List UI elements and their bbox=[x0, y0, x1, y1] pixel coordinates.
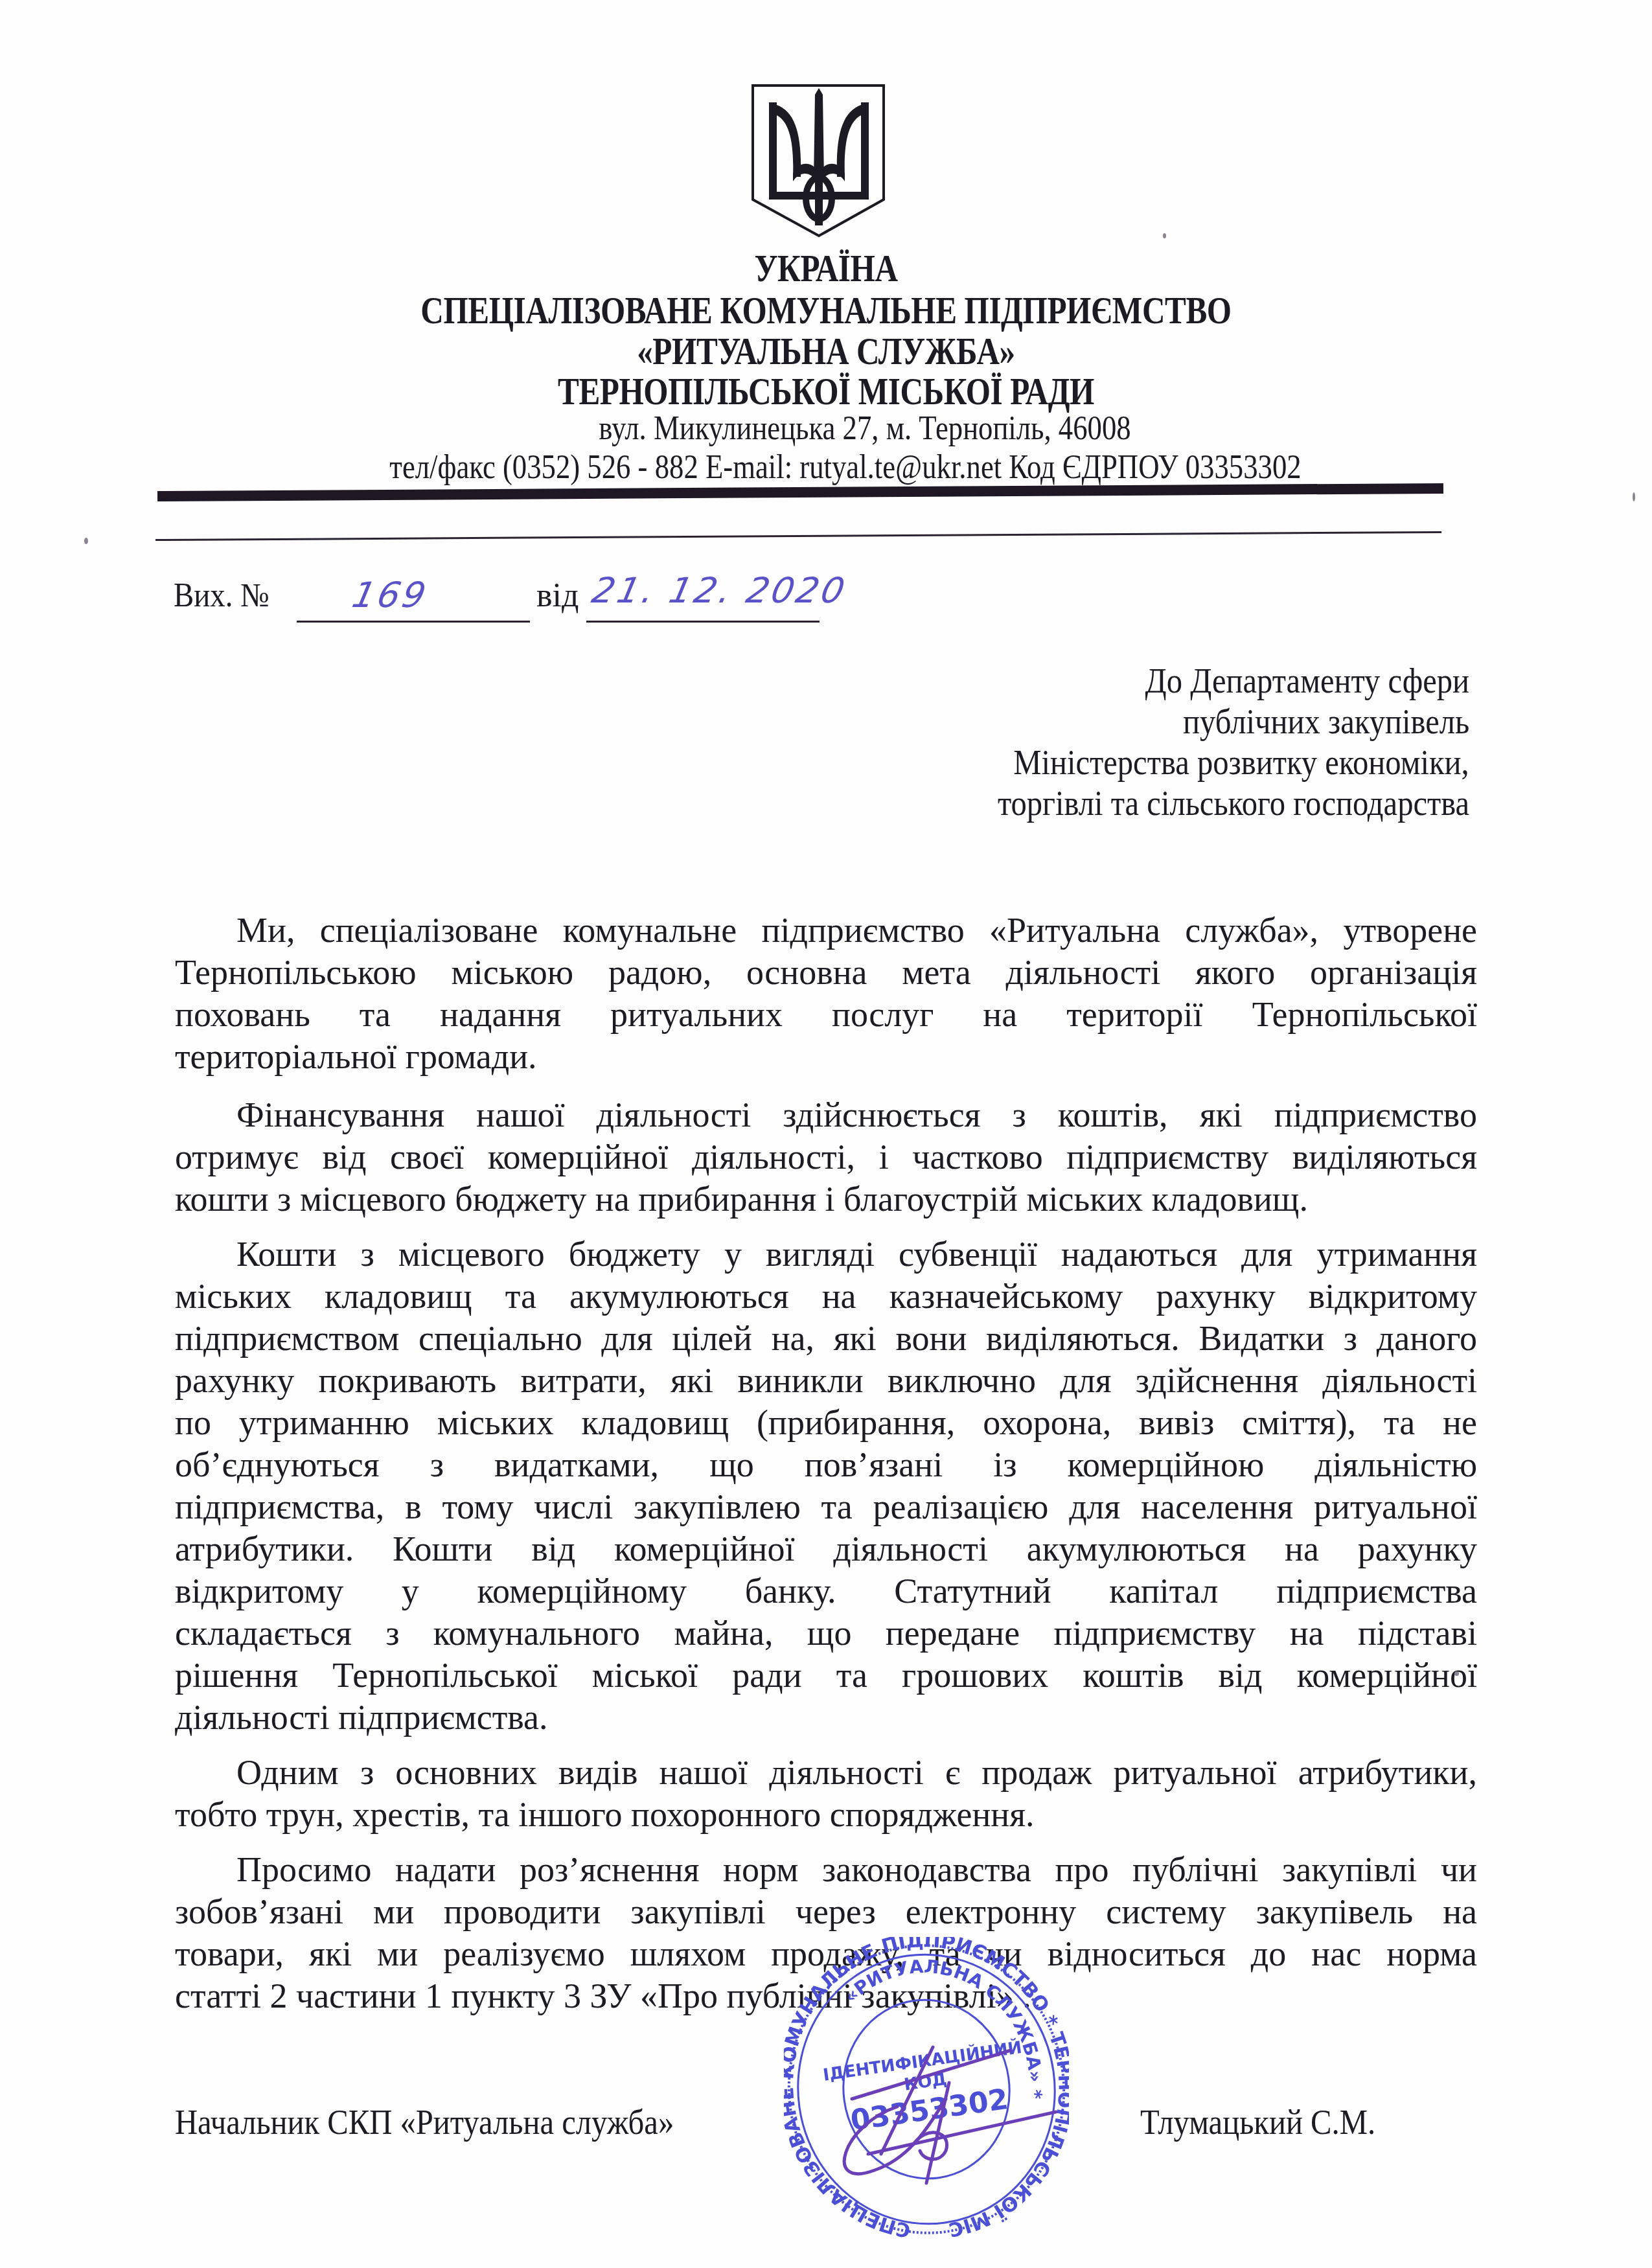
letterhead-divider-thin bbox=[155, 531, 1441, 541]
body-line: підприємства, в тому числі закупівлею та… bbox=[175, 1487, 1477, 1527]
signatory-name: Тлумацький С.М. bbox=[1140, 2102, 1375, 2142]
body-line: Кошти з місцевого бюджету у вигляді субв… bbox=[175, 1234, 1477, 1274]
trident-coat-of-arms-icon bbox=[750, 83, 888, 238]
addressee-line: Міністерства розвитку економіки, bbox=[1013, 742, 1469, 783]
body-line: поховань та надання ритуальних послуг на… bbox=[175, 994, 1477, 1035]
official-stamp-icon: СПЕЦІАЛІЗОВАНЕ КОМУНАЛЬНЕ ПІДПРИЄМСТВО *… bbox=[784, 1937, 1069, 2241]
body-line: Фінансування нашої діяльності здійснюєть… bbox=[175, 1095, 1477, 1135]
body-line: тобто трун, хрестів, та іншого похоронно… bbox=[175, 1794, 1477, 1835]
scan-speck bbox=[1454, 1671, 1459, 1676]
body-line: відкритому у комерційному банку. Статутн… bbox=[175, 1571, 1477, 1611]
body-line: Одним з основних видів нашої діяльності … bbox=[175, 1752, 1477, 1793]
letterhead-address: вул. Микулинецька 27, м. Тернопіль, 4600… bbox=[155, 409, 1576, 448]
body-line: діяльності підприємства. bbox=[175, 1697, 1477, 1737]
body-line: кошти з місцевого бюджету на прибирання … bbox=[175, 1179, 1477, 1219]
body-line: отримує від своєї комерційної діяльності… bbox=[175, 1137, 1477, 1177]
body-line: по утриманню міських кладовищ (прибиранн… bbox=[175, 1403, 1477, 1443]
letterhead-org-line1: СПЕЦІАЛІЗОВАНЕ КОМУНАЛЬНЕ ПІДПРИЄМСТВО bbox=[149, 288, 1504, 333]
letter-page: УКРАЇНА СПЕЦІАЛІЗОВАНЕ КОМУНАЛЬНЕ ПІДПРИ… bbox=[0, 0, 1652, 2268]
scan-speck bbox=[84, 538, 88, 544]
addressee-line: До Департаменту сфери bbox=[1145, 661, 1469, 701]
letterhead-org-line3: ТЕРНОПІЛЬСЬКОЇ МІСЬКОЇ РАДИ bbox=[149, 369, 1504, 414]
outgoing-number-value: 169 bbox=[349, 575, 431, 615]
letterhead-contacts: тел/факс (0352) 526 - 882 E-mail: rutyal… bbox=[135, 448, 1556, 487]
letterhead-org-line2: «РИТУАЛЬНА СЛУЖБА» bbox=[149, 329, 1504, 374]
body-line: рахунку покривають витрати, які виникли … bbox=[175, 1360, 1477, 1401]
addressee-line: торгівлі та сільського господарства bbox=[998, 783, 1469, 823]
body-line: зобов’язані ми проводити закупівлі через… bbox=[175, 1892, 1477, 1932]
body-line: рішення Тернопільської міської ради та г… bbox=[175, 1655, 1477, 1695]
outgoing-number-label: Вих. № bbox=[174, 577, 280, 615]
outgoing-date-value: 21. 12. 2020 bbox=[588, 570, 851, 611]
body-line: міських кладовищ та акумулюються на казн… bbox=[175, 1276, 1477, 1316]
letterhead-country: УКРАЇНА bbox=[149, 246, 1504, 291]
body-line: складається з комунального майна, що пер… bbox=[175, 1613, 1477, 1653]
body-line: Просимо надати роз’яснення норм законода… bbox=[175, 1850, 1477, 1890]
outgoing-date-label: від bbox=[536, 577, 579, 615]
scan-speck bbox=[1163, 233, 1166, 238]
body-line: Ми, спеціалізоване комунальне підприємст… bbox=[175, 910, 1477, 950]
body-line: Тернопільською міською радою, основна ме… bbox=[175, 952, 1477, 992]
signatory-role: Начальник СКП «Ритуальна служба» bbox=[175, 2102, 674, 2142]
body-line: підприємством спеціально для цілей на, я… bbox=[175, 1318, 1477, 1358]
scan-speck bbox=[1633, 492, 1635, 501]
body-line: атрибутики. Кошти від комерційної діяльн… bbox=[175, 1529, 1477, 1569]
addressee-line: публічних закупівель bbox=[1183, 702, 1469, 742]
body-line: об’єднуються з видатками, що пов’язані і… bbox=[175, 1445, 1477, 1485]
body-line: територіальної громади. bbox=[175, 1037, 1477, 1077]
